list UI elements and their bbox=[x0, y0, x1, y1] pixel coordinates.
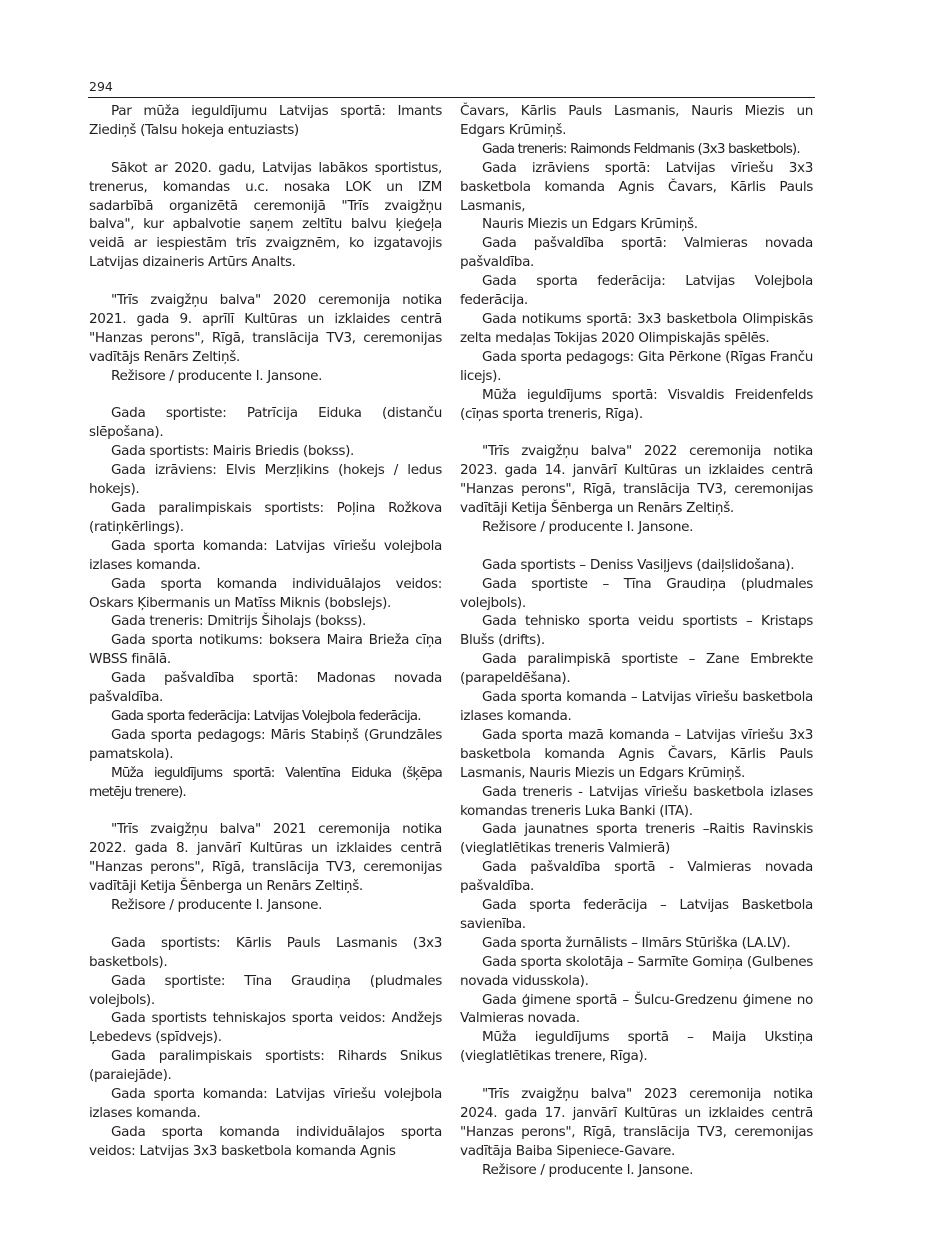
award-item: Gada sportists: Mairis Briedis (bokss). bbox=[89, 442, 442, 461]
award-item: Gada sporta mazā komanda – Latvijas vīri… bbox=[460, 726, 813, 783]
award-item: Gada sporta komanda: Latvijas vīriešu vo… bbox=[89, 537, 442, 575]
award-item: Gada notikums sportā: 3x3 basketbola Oli… bbox=[460, 310, 813, 348]
award-item: Gada paralimpiskais sportists: Poļina Ro… bbox=[89, 499, 442, 537]
paragraph-gap bbox=[89, 915, 442, 934]
award-item: Gada sporta federācija: Latvijas Volejbo… bbox=[460, 272, 813, 310]
award-item: Gada pašvaldība sportā: Madonas novada p… bbox=[89, 669, 442, 707]
award-item: Gada sportists – Deniss Vasiļjevs (daiļs… bbox=[460, 556, 813, 575]
award-item: Mūža ieguldījums sportā: Valentīna Eiduk… bbox=[89, 764, 442, 802]
award-item: Gada sportiste – Tīna Graudiņa (pludmale… bbox=[460, 575, 813, 613]
paragraph-gap bbox=[89, 801, 442, 820]
award-item: Gada sporta federācija: Latvijas Volejbo… bbox=[89, 707, 442, 726]
page-number: 294 bbox=[89, 80, 113, 94]
paragraph-ceremony-2020: "Trīs zvaigžņu balva" 2020 ceremonija no… bbox=[89, 291, 442, 367]
award-item: Gada sporta pedagogs: Māris Stabiņš (Gru… bbox=[89, 726, 442, 764]
paragraph-director: Režisore / producente I. Jansone. bbox=[460, 518, 813, 537]
award-item: Gada sporta notikums: boksera Maira Brie… bbox=[89, 631, 442, 669]
award-item: Gada sportiste: Patrīcija Eiduka (distan… bbox=[89, 404, 442, 442]
award-item: Gada treneris: Raimonds Feldmanis (3x3 b… bbox=[460, 140, 813, 159]
award-item: Gada izrāviens: Elvis Merzļikins (hokejs… bbox=[89, 461, 442, 499]
left-column: Par mūža ieguldījumu Latvijas sportā: Im… bbox=[89, 102, 442, 1161]
award-item: Gada sporta skolotāja – Sarmīte Gomiņa (… bbox=[460, 953, 813, 991]
award-item: Gada paralimpiskais sportists: Rihards S… bbox=[89, 1047, 442, 1085]
award-item: Gada sporta komanda individuālajos veido… bbox=[89, 575, 442, 613]
paragraph-ceremony-2023: "Trīs zvaigžņu balva" 2023 ceremonija no… bbox=[460, 1085, 813, 1161]
award-item: Gada ģimene sportā – Šulcu-Gredzenu ģime… bbox=[460, 991, 813, 1029]
award-item: Gada sporta pedagogs: Gita Pērkone (Rīga… bbox=[460, 348, 813, 386]
award-item: Gada sportiste: Tīna Graudiņa (pludmales… bbox=[89, 972, 442, 1010]
paragraph-gap bbox=[460, 1066, 813, 1085]
right-column: Čavars, Kārlis Pauls Lasmanis, Nauris Mi… bbox=[460, 102, 813, 1180]
award-item: Gada sporta federācija – Latvijas Basket… bbox=[460, 896, 813, 934]
paragraph-gap bbox=[460, 537, 813, 556]
award-item: Gada sporta komanda – Latvijas vīriešu b… bbox=[460, 688, 813, 726]
paragraph-gap bbox=[89, 272, 442, 291]
paragraph-ceremony-2021: "Trīs zvaigžņu balva" 2021 ceremonija no… bbox=[89, 820, 442, 896]
paragraph-director: Režisore / producente I. Jansone. bbox=[89, 367, 442, 386]
award-item-continued: Nauris Miezis un Edgars Krūmiņš. bbox=[460, 215, 813, 234]
award-item: Gada izrāviens sportā: Latvijas vīriešu … bbox=[460, 159, 813, 216]
award-item: Gada sporta komanda individuālajos sport… bbox=[89, 1123, 442, 1161]
paragraph-intro: Sākot ar 2020. gadu, Latvijas labākos sp… bbox=[89, 159, 442, 272]
paragraph-award-lifetime-ziedins: Par mūža ieguldījumu Latvijas sportā: Im… bbox=[89, 102, 442, 140]
header-rule bbox=[88, 97, 815, 98]
award-item: Gada paralimpiskā sportiste – Zane Embre… bbox=[460, 650, 813, 688]
paragraph-director: Režisore / producente I. Jansone. bbox=[89, 896, 442, 915]
award-item: Gada sportists: Kārlis Pauls Lasmanis (3… bbox=[89, 934, 442, 972]
award-item: Gada pašvaldība sportā: Valmieras novada… bbox=[460, 234, 813, 272]
award-item-continued: Čavars, Kārlis Pauls Lasmanis, Nauris Mi… bbox=[460, 102, 813, 140]
paragraph-ceremony-2022: "Trīs zvaigžņu balva" 2022 ceremonija no… bbox=[460, 442, 813, 518]
award-item: Gada sportists tehniskajos sporta veidos… bbox=[89, 1009, 442, 1047]
award-item: Mūža ieguldījums sportā: Visvaldis Freid… bbox=[460, 386, 813, 424]
paragraph-gap bbox=[89, 140, 442, 159]
award-item: Gada jaunatnes sporta treneris –Raitis R… bbox=[460, 820, 813, 858]
award-item: Gada tehnisko sporta veidu sportists – K… bbox=[460, 612, 813, 650]
paragraph-gap bbox=[89, 386, 442, 405]
paragraph-gap bbox=[460, 423, 813, 442]
paragraph-director: Režisore / producente I. Jansone. bbox=[460, 1161, 813, 1180]
award-item: Gada treneris - Latvijas vīriešu basketb… bbox=[460, 783, 813, 821]
award-item: Gada sporta komanda: Latvijas vīriešu vo… bbox=[89, 1085, 442, 1123]
award-item: Mūža ieguldījums sportā – Maija Ukstiņa … bbox=[460, 1028, 813, 1066]
award-item: Gada sporta žurnālists – Ilmārs Stūriška… bbox=[460, 934, 813, 953]
award-item: Gada treneris: Dmitrijs Šiholajs (bokss)… bbox=[89, 612, 442, 631]
award-item: Gada pašvaldība sportā - Valmieras novad… bbox=[460, 858, 813, 896]
